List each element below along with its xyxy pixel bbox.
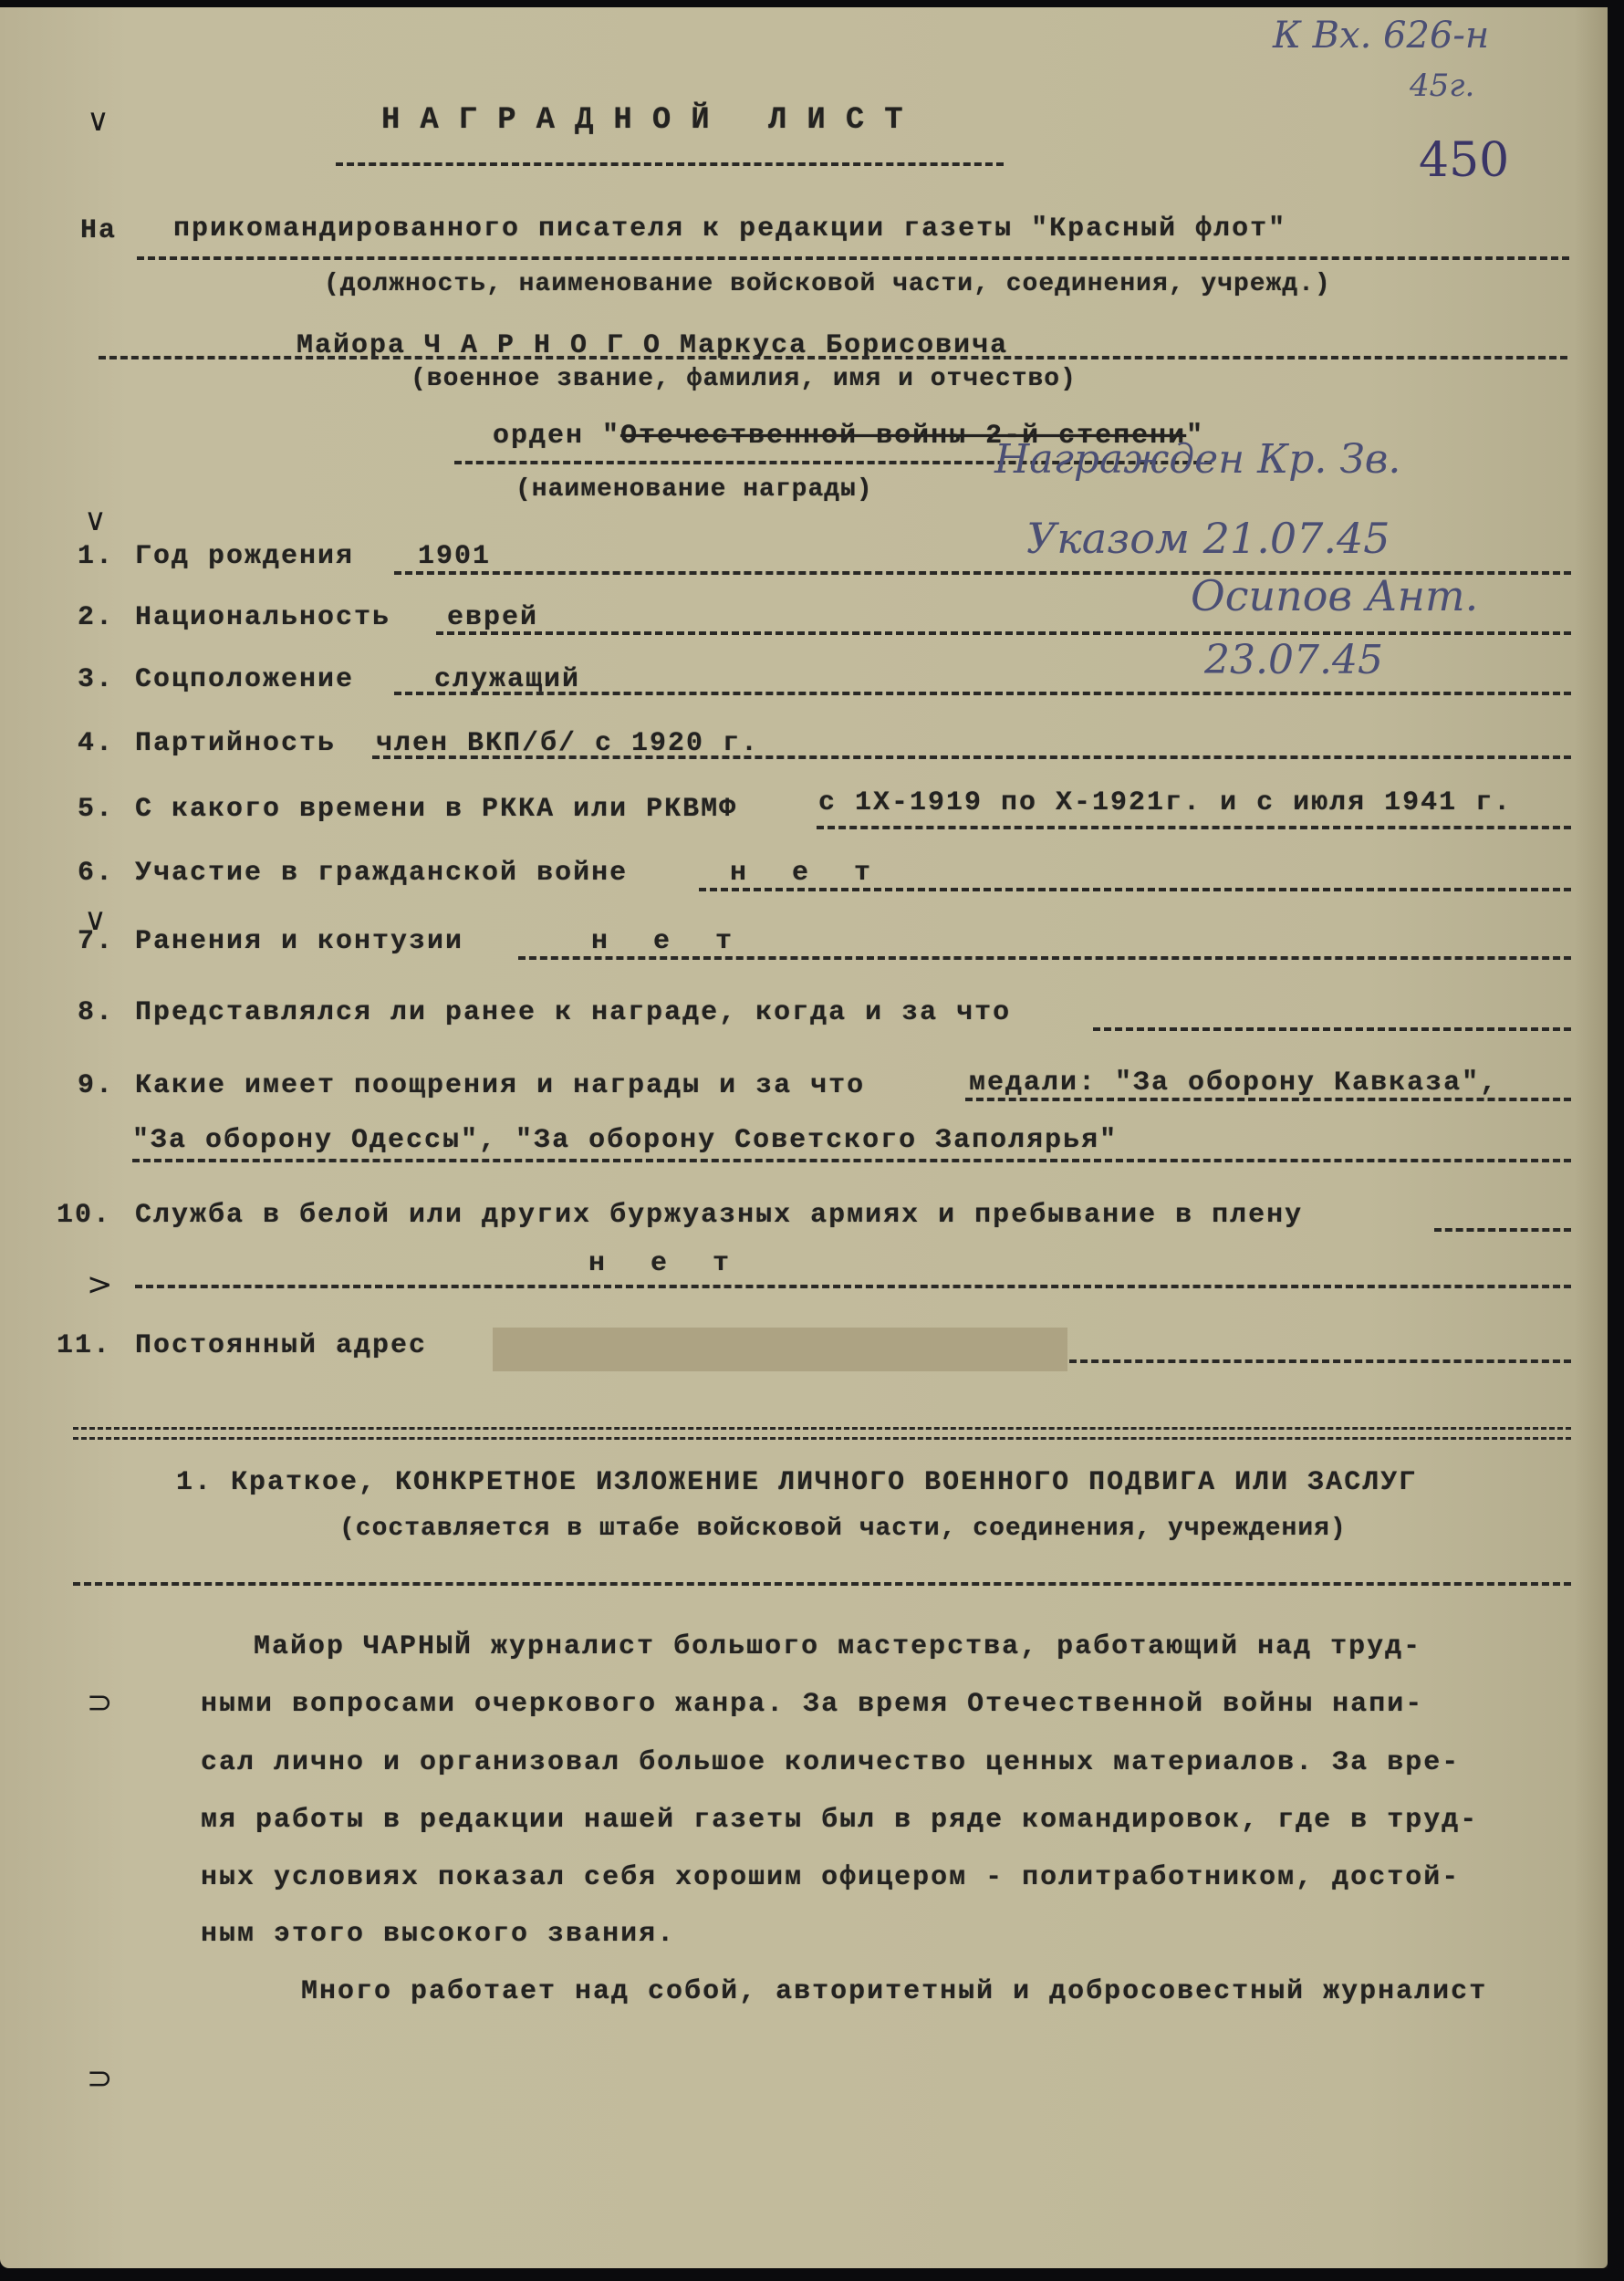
q2-number: 2. (78, 602, 114, 633)
address-redacted-block (493, 1328, 1067, 1371)
archive-code: К Вх. 626-н (1273, 15, 1489, 57)
position-caption: (должность, наименование войсковой части… (324, 270, 1331, 298)
q5-underline (817, 826, 1571, 829)
q10-value: н е т (588, 1248, 744, 1279)
q9-label: Какие имеет поощрения и награды и за что (135, 1070, 865, 1101)
q9-underline (965, 1098, 1571, 1101)
q1-number: 1. (78, 541, 114, 572)
recipient-prefix: На (80, 215, 117, 246)
section-heading-underline (73, 1582, 1571, 1586)
narrative-line: Много работает над собой, авторитетный и… (301, 1976, 1487, 2007)
q4-value: член ВКП/б/ с 1920 г. (376, 728, 759, 759)
award-prefix: орден " (493, 421, 620, 452)
q1-value: 1901 (418, 541, 491, 572)
margin-mark: ∨ (87, 102, 109, 139)
q1-label: Год рождения (135, 541, 354, 572)
archive-year: 45г. (1410, 68, 1474, 104)
q1-underline (394, 571, 1571, 575)
q5-label: С какого времени в РККА или РКВМФ (135, 794, 737, 825)
recipient-position: прикомандированного писателя к редакции … (173, 214, 1286, 245)
narrative-line: ных условиях показал себя хорошим офицер… (201, 1862, 1460, 1893)
q10-label: Служба в белой или других буржуазных арм… (135, 1200, 1303, 1231)
rank-name-caption: (военное звание, фамилия, имя и отчество… (411, 365, 1077, 393)
q8-number: 8. (78, 997, 114, 1028)
q7-number: 7. (78, 926, 114, 957)
q3-underline (394, 692, 1571, 695)
q4-number: 4. (78, 728, 114, 759)
margin-mark: ⊃ (87, 2060, 113, 2097)
q3-label: Соцположение (135, 664, 354, 695)
q3-number: 3. (78, 664, 114, 695)
q7-label: Ранения и контузии (135, 926, 463, 957)
page-title: НАГРАДНОЙ ЛИСТ (381, 103, 923, 138)
title-underline (336, 162, 1004, 166)
narrative-line: сал лично и организовал большое количест… (201, 1747, 1460, 1778)
q6-value: н е т (730, 858, 885, 889)
page-number: 450 (1419, 133, 1509, 188)
q11-underline (1069, 1359, 1571, 1363)
q5-value: с 1Х-1919 по Х-1921г. и с июля 1941 г. (818, 787, 1512, 818)
q2-underline (436, 631, 1571, 635)
q7-underline (518, 956, 1571, 960)
position-underline (137, 256, 1569, 260)
q9-number: 9. (78, 1070, 114, 1101)
award-sheet-page: К Вх. 626-н 45г. 450 ∨ ∨ ∨ > ⊃ ⊃ НАГРАДН… (0, 7, 1608, 2268)
margin-mark: ⊃ (87, 1684, 113, 1721)
handwritten-decree-date: Указом 21.07.45 (1026, 514, 1390, 563)
narrative-line: Майор ЧАРНЫЙ журналист большого мастерст… (254, 1631, 1421, 1662)
q6-underline (699, 888, 1571, 891)
handwritten-date: 23.07.45 (1204, 637, 1383, 683)
q8-label: Представлялся ли ранее к награде, когда … (135, 997, 1011, 1028)
q10-value-underline (135, 1285, 1571, 1288)
q9-continued-underline (132, 1159, 1571, 1162)
section-divider (73, 1427, 1571, 1440)
q7-value: н е т (591, 926, 746, 957)
q3-value: служащий (434, 664, 580, 695)
q9-value-continued: "За оборону Одессы", "За оборону Советск… (132, 1125, 1118, 1156)
q5-number: 5. (78, 794, 114, 825)
rank-name-underline (99, 356, 1567, 359)
section-subheading: (составляется в штабе войсковой части, с… (339, 1515, 1347, 1543)
margin-mark: ∨ (84, 502, 107, 538)
narrative-line: ным этого высокого звания. (201, 1919, 675, 1950)
handwritten-awarded: Награжден Кр. Зв. (994, 436, 1400, 483)
handwritten-signature: Осипов Ант. (1191, 571, 1478, 620)
narrative-line: ными вопросами очеркового жанра. За врем… (201, 1689, 1423, 1720)
margin-mark: > (87, 1266, 113, 1303)
q6-number: 6. (78, 858, 114, 889)
section-heading: 1. Краткое, КОНКРЕТНОЕ ИЗЛОЖЕНИЕ ЛИЧНОГО… (176, 1467, 1417, 1498)
q10-number: 10. (57, 1200, 111, 1231)
q4-underline (372, 755, 1571, 759)
q8-underline (1093, 1027, 1571, 1031)
q4-label: Партийность (135, 728, 336, 759)
q11-number: 11. (57, 1330, 111, 1361)
q2-value: еврей (447, 602, 538, 633)
q10-underline (1434, 1228, 1571, 1232)
award-caption: (наименование награды) (515, 475, 873, 504)
q6-label: Участие в гражданской войне (135, 858, 628, 889)
q11-label: Постоянный адрес (135, 1330, 427, 1361)
q2-label: Национальность (135, 602, 390, 633)
narrative-line: мя работы в редакции нашей газеты был в … (201, 1805, 1478, 1836)
q9-value: медали: "За оборону Кавказа", (969, 1068, 1498, 1099)
